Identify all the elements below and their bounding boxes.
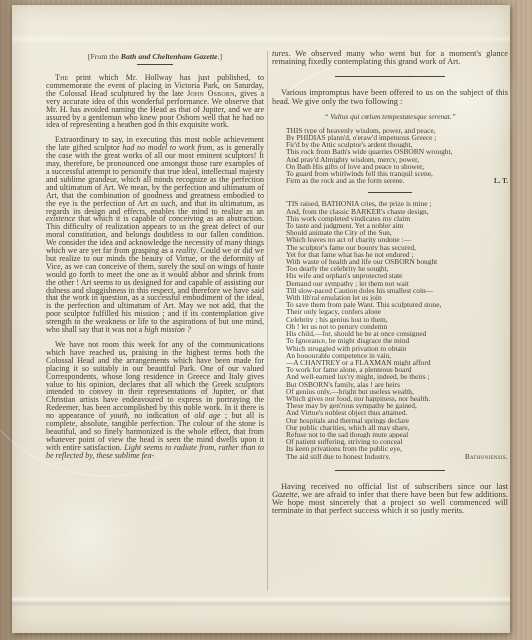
poem-line: With waste of health and life our OSBORN… — [286, 258, 508, 265]
section-rule — [335, 470, 445, 471]
section-rule — [335, 76, 445, 77]
paper-stain — [32, 475, 142, 595]
poem-line: Demand our sympathy ; let them not wait — [286, 280, 508, 287]
latin-epigraph: “ Vultus qui cœlum tempestatesque serena… — [272, 113, 508, 121]
poem-line: These may by gen'rous sympathy be gained… — [286, 402, 508, 409]
poem-line: The sculptor's fame our bounty has secur… — [286, 244, 508, 251]
poem-line: Oh ! let us not to penury condemn — [286, 323, 508, 330]
poem-first: THIS type of heavenly wisdom, power, and… — [286, 127, 508, 186]
poem-line: His child,—for, should he be at once con… — [286, 330, 508, 337]
poem-line: Our hospitals and thermal springs declar… — [286, 417, 508, 424]
poem-line: Which leaves no act of charity undone :— — [286, 236, 508, 243]
poem-second: 'TIS raised, BATHONIA cries, the prize i… — [286, 200, 508, 459]
poem-line: Should animate the City of the Sun, — [286, 229, 508, 236]
poem-line: Refuse not to the sad though mute appeal — [286, 431, 508, 438]
poem-line: His wife and orphan's unprotected state — [286, 272, 508, 279]
poem-line: Celebrity ; his genius lost to them, — [286, 316, 508, 323]
closing-paragraph: Having received no official list of subs… — [272, 483, 508, 516]
poem-line: To Ignorance, he might disgrace the mind — [286, 337, 508, 344]
poem-line: With lib'ral emulation let us join — [286, 294, 508, 301]
continuation-paragraph: tures. We observed many who went but for… — [272, 50, 508, 66]
poem-line: —A CHANTREY or a FLAXMAN might afford — [286, 359, 508, 366]
right-column: tures. We observed many who went but for… — [272, 50, 508, 523]
column-divider-rule — [267, 51, 268, 591]
poem-line: But OSBORN's family, alas ! are heirs — [286, 381, 508, 388]
poem-line: 'TIS raised, BATHONIA cries, the prize i… — [286, 200, 508, 207]
poem-divider-rule — [368, 192, 412, 193]
poem-line: Its keen privations from the public eye, — [286, 445, 508, 452]
poem-line: Which gives nor food, nor happiness, nor… — [286, 395, 508, 402]
article-paragraph: The print which Mr. Hollway has just pub… — [46, 74, 264, 129]
poem-second-last-line: The aid still due to honest Industry. Ba… — [286, 453, 508, 460]
poem-line: And, from the classic BARKER's chaste de… — [286, 208, 508, 215]
poem-line: By PHIDIAS plann'd, o'eraw'd impetuous G… — [286, 134, 508, 141]
poem-line: And Virtue's noblest object thus attaine… — [286, 409, 508, 416]
source-attribution: [From the Bath and Cheltenham Gazette.] — [46, 52, 264, 61]
poem-line: Of patient suffering, striving to concea… — [286, 438, 508, 445]
poem-line: THIS type of heavenly wisdom, power, and… — [286, 127, 508, 134]
poem-line: An honourable competence in vain, — [286, 352, 508, 359]
article-paragraph: Extraordinary to say, in executing this … — [46, 136, 264, 334]
poem-line: This rock from Bath's wide quarries OSBO… — [286, 148, 508, 155]
poem-line: And well-earned lux'ry might, indeed, be… — [286, 373, 508, 380]
poem-line: Of genius only,—bright but useless wealt… — [286, 388, 508, 395]
left-column: [From the Bath and Cheltenham Gazette.] … — [46, 52, 264, 467]
poem-line: Their only legacy, confers alone — [286, 308, 508, 315]
poem-line: To save them from pale Want. This sculpt… — [286, 301, 508, 308]
poem-line: Which struggled with privation to obtain — [286, 345, 508, 352]
newspaper-clipping: [From the Bath and Cheltenham Gazette.] … — [12, 5, 510, 633]
poem-line: And pray'd Almighty wisdom, mercy, power… — [286, 156, 508, 163]
poem-line: Till slow-paced Caution doles his smalle… — [286, 287, 508, 294]
poem-line: Firm as the rock and as the form serene. — [286, 177, 404, 184]
paper-crease — [12, 595, 510, 607]
poem-line: To guard from whirlwinds fell this tranq… — [286, 170, 508, 177]
poem-line: To work for fame alone, a plenteous boar… — [286, 366, 508, 373]
article-paragraph: We have not room this week for any of th… — [46, 341, 264, 460]
poem-line: On Bath His gifts of love and peace to s… — [286, 163, 508, 170]
paper-crease — [12, 35, 510, 43]
poem-signature: Bathoniensis. — [465, 453, 508, 460]
poem-line: Our public charities, which all may shar… — [286, 424, 508, 431]
poem-line: Yet for that fame what has he not endure… — [286, 251, 508, 258]
left-paragraphs: The print which Mr. Hollway has just pub… — [46, 74, 264, 460]
poem-line: To taste and judgment. Yet a nobler aim — [286, 222, 508, 229]
poem-line: Fir'd by the Attic sculptor's ardent tho… — [286, 141, 508, 148]
header-rule — [137, 64, 173, 65]
poem-line: This work completed vindicates my claim — [286, 215, 508, 222]
impromptus-intro-paragraph: Various impromptus have been offered to … — [272, 89, 508, 105]
poem-first-mark: L. T. — [494, 178, 508, 185]
poem-line: The aid still due to honest Industry. — [286, 453, 390, 460]
poem-first-last-line: Firm as the rock and as the form serene.… — [286, 177, 508, 185]
poem-line: Too dearly the celebrity he sought, — [286, 265, 508, 272]
